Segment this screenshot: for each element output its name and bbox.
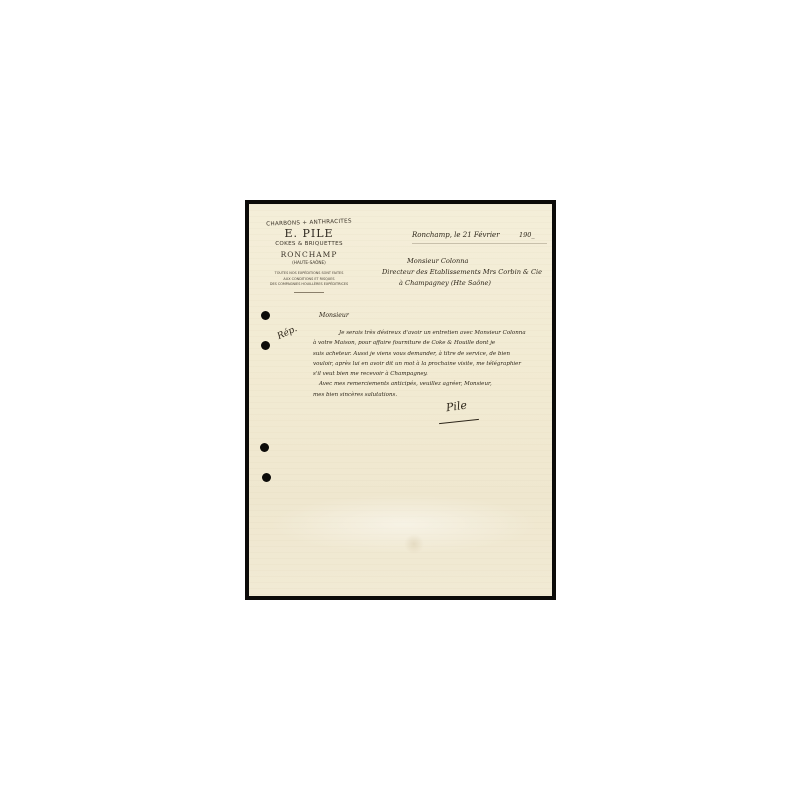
addressee-place: à Champagney (Hte Saône) (399, 279, 491, 287)
date-rule (412, 243, 547, 244)
punch-hole (261, 311, 270, 320)
punch-hole (262, 473, 271, 482)
body-line: vouloir, après lui en avoir dit un mot à… (313, 359, 549, 369)
signature-flourish (439, 419, 479, 424)
salutation: Monsieur (319, 312, 349, 319)
margin-annotation: Rép. (276, 324, 299, 342)
addressee-title: Directeur des Etablissements Mrs Corbin … (382, 268, 542, 276)
date-year: 190_ (519, 231, 535, 239)
body-line: Avec mes remerciements anticipés, veuill… (313, 379, 549, 389)
letterhead-company-name: E. PILE (253, 227, 365, 240)
letterhead-town: RONCHAMP (253, 250, 365, 259)
letterhead: CHARBONS + ANTHRACITES E. PILE COKES & B… (253, 220, 365, 293)
date-line: Ronchamp, le 21 Février (412, 231, 500, 239)
letterhead-notice: TOUTES NOS EXPÉDITIONS SONT FAITES AUX C… (253, 271, 365, 288)
letterhead-products-2: COKES & BRIQUETTES (253, 241, 365, 247)
body-line: suis acheteur. Aussi je viens vous deman… (313, 349, 549, 359)
body-line: mes bien sincères salutations. (313, 390, 549, 400)
scanned-letter: CHARBONS + ANTHRACITES E. PILE COKES & B… (245, 200, 556, 600)
punch-hole (261, 341, 270, 350)
letterhead-notice-line: DES COMPAGNIES HOUILLÈRES EXPÉDITRICES (253, 282, 365, 288)
addressee-name: Monsieur Colonna (407, 257, 468, 265)
punch-hole (260, 443, 269, 452)
letter-body: Je serais très désireux d'avoir un entre… (313, 328, 549, 400)
signature: Pile (445, 399, 468, 415)
paper-stain (404, 534, 424, 554)
body-line: s'il veut bien me recevoir à Champagney. (313, 369, 549, 379)
body-line: à votre Maison, pour affaire fourniture … (313, 338, 549, 348)
letterhead-rule (294, 292, 324, 293)
letterhead-department: (HAUTE-SAÔNE) (253, 260, 365, 265)
body-line: Je serais très désireux d'avoir un entre… (313, 328, 549, 338)
